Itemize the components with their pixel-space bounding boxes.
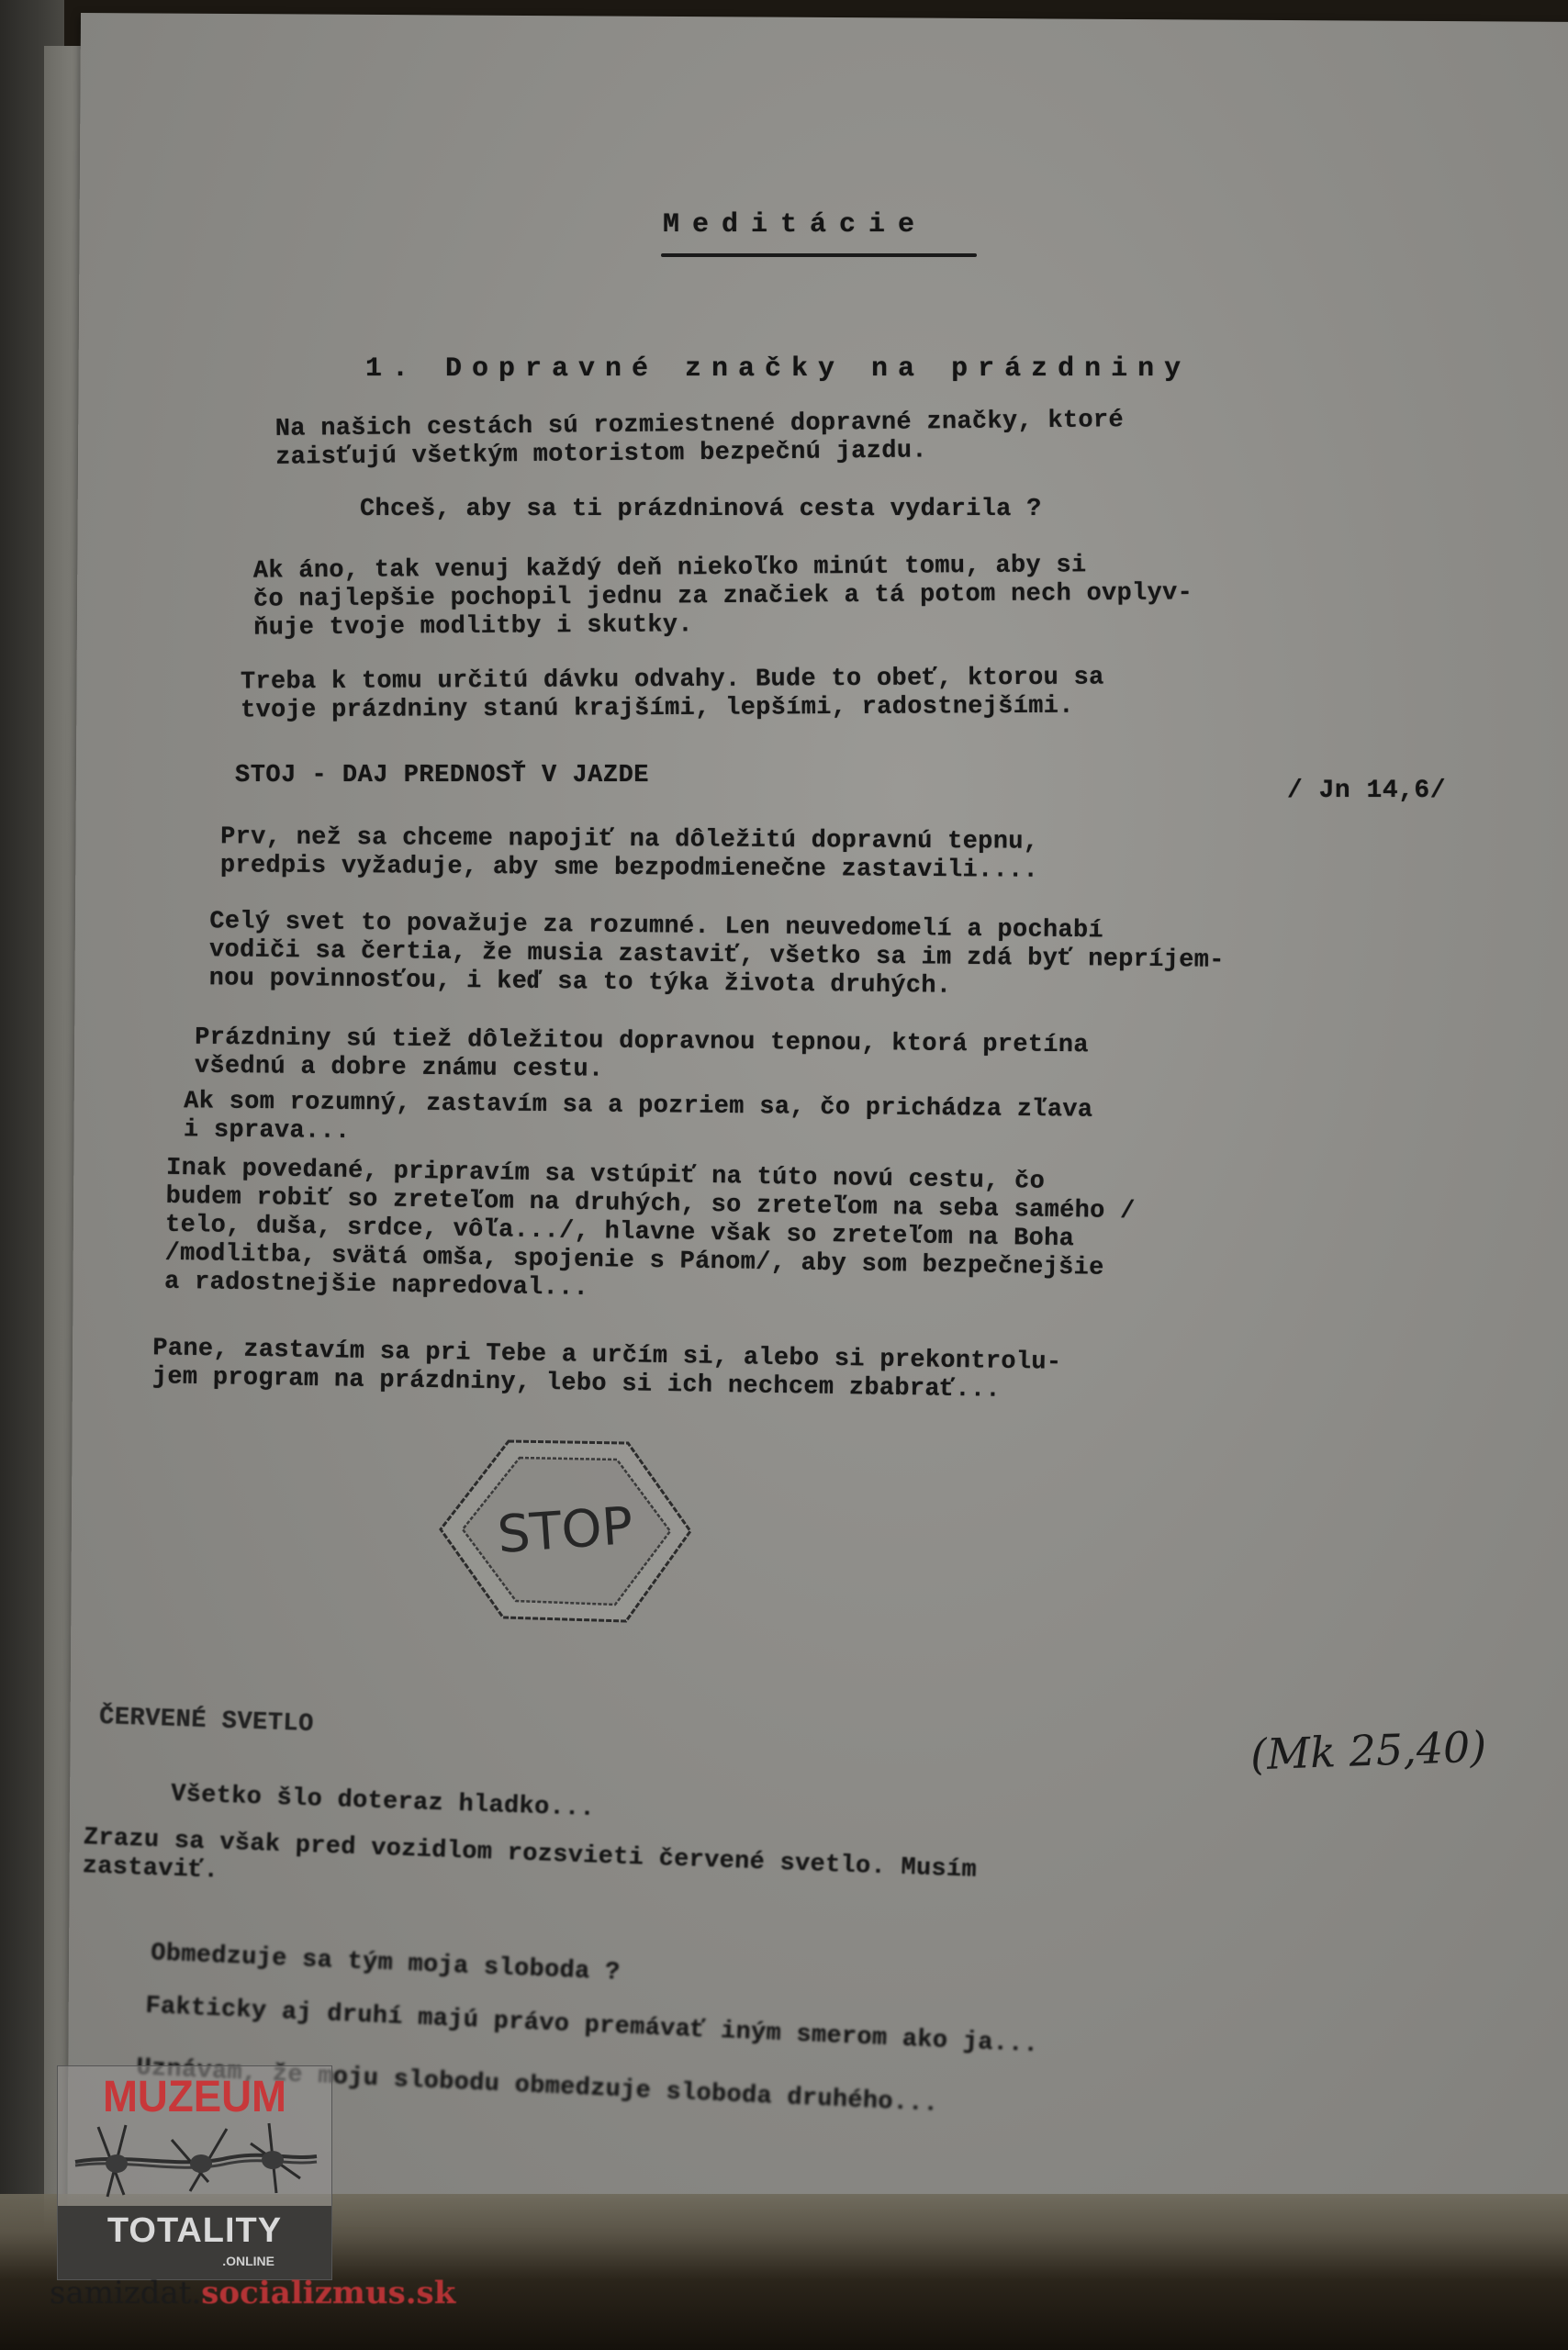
- paragraph-intro-3: Ak áno, tak venuj každý deň niekoľko min…: [253, 551, 1193, 643]
- logo-totality-text: TOTALITY: [58, 2211, 331, 2251]
- logo-top-panel: MUZEUM: [58, 2066, 331, 2206]
- site-url-part2: socializmus.sk: [201, 2275, 455, 2311]
- watermark-site-url: samizdat.socializmus.sk: [50, 2275, 455, 2311]
- stop-paragraph-3: Prázdniny sú tiež dôležitou dopravnou te…: [195, 1024, 1089, 1089]
- site-url-part1: samizdat.: [50, 2275, 201, 2311]
- barbed-wire-icon: [71, 2118, 319, 2200]
- paragraph-intro-4: Treba k tomu určitú dávku odvahy. Bude t…: [241, 665, 1104, 726]
- title-underline: [661, 253, 977, 257]
- paragraph-intro-1: Na našich cestách sú rozmiestnené doprav…: [275, 407, 1125, 473]
- logo-muzeum-text: MUZEUM: [64, 2072, 324, 2122]
- section-heading: 1. Dopravné značky na prázdniny: [365, 353, 1191, 385]
- paragraph-intro-2: Chceš, aby sa ti prázdninová cesta vydar…: [360, 496, 1042, 524]
- stop-paragraph-2: Celý svet to považuje za rozumné. Len ne…: [209, 908, 1226, 1004]
- stop-section-reference: / Jn 14,6/: [1287, 777, 1446, 805]
- document-title: Meditácie: [663, 209, 927, 241]
- stop-paragraph-1: Prv, než sa chceme napojiť na dôležitú d…: [220, 823, 1039, 885]
- logo-bottom-panel: TOTALITY .ONLINE: [58, 2206, 331, 2279]
- logo-online-text: .ONLINE: [222, 2254, 274, 2268]
- stop-sign-icon: STOP: [435, 1434, 696, 1628]
- stop-paragraph-5: Inak povedané, pripravím sa vstúpiť na t…: [164, 1155, 1136, 1313]
- stop-section-heading: STOJ - DAJ PREDNOSŤ V JAZDE: [235, 762, 649, 789]
- stop-sign-text: STOP: [496, 1496, 635, 1565]
- stop-paragraph-4: Ak som rozumný, zastavím sa a pozriem sa…: [184, 1088, 1093, 1154]
- watermark-logo: MUZEUM TOTALITY .ONLINE: [57, 2065, 332, 2280]
- red-light-reference: (Mk 25,40): [1249, 1722, 1487, 1780]
